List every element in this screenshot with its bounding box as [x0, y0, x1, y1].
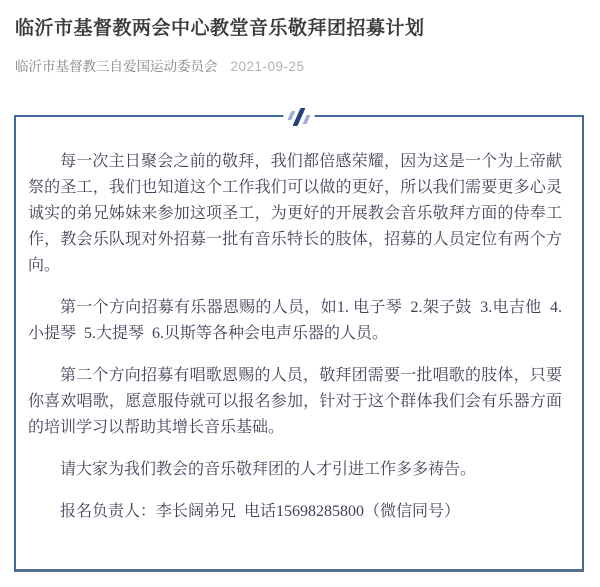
paragraph-contact-info: 报名负责人：李长阔弟兄 电话15698285800（微信同号） [28, 499, 562, 525]
article-page: 临沂市基督教两会中心教堂音乐敬拜团招募计划 临沂市基督教三自爱国运动委员会 20… [0, 0, 600, 572]
paragraph-intro: 每一次主日聚会之前的敬拜，我们都倍感荣耀，因为这是一个为上帝献祭的圣工，我们也知… [28, 149, 562, 279]
byline: 临沂市基督教三自爱国运动委员会 2021-09-25 [15, 58, 585, 75]
page-title: 临沂市基督教两会中心教堂音乐敬拜团招募计划 [0, 0, 600, 41]
paragraph-prayer-request: 请大家为我们教会的音乐敬拜团的人才引进工作多多祷告。 [28, 457, 562, 483]
double-slash-quote-icon [284, 107, 315, 127]
slash-small-icon [287, 111, 295, 120]
paragraph-direction-1-instruments: 第一个方向招募有乐器恩赐的人员，如1. 电子琴 2.架子鼓 3.电吉他 4.小提… [28, 295, 562, 347]
byline-author[interactable]: 临沂市基督教三自爱国运动委员会 [15, 58, 218, 75]
article-content-box: 每一次主日聚会之前的敬拜，我们都倍感荣耀，因为这是一个为上帝献祭的圣工，我们也知… [14, 115, 584, 572]
slash-small-icon [303, 115, 311, 124]
byline-date: 2021-09-25 [231, 58, 305, 75]
paragraph-direction-2-singers: 第二个方向招募有唱歌恩赐的人员，敬拜团需要一批唱歌的肢体，只要你喜欢唱歌，愿意服… [28, 363, 562, 441]
